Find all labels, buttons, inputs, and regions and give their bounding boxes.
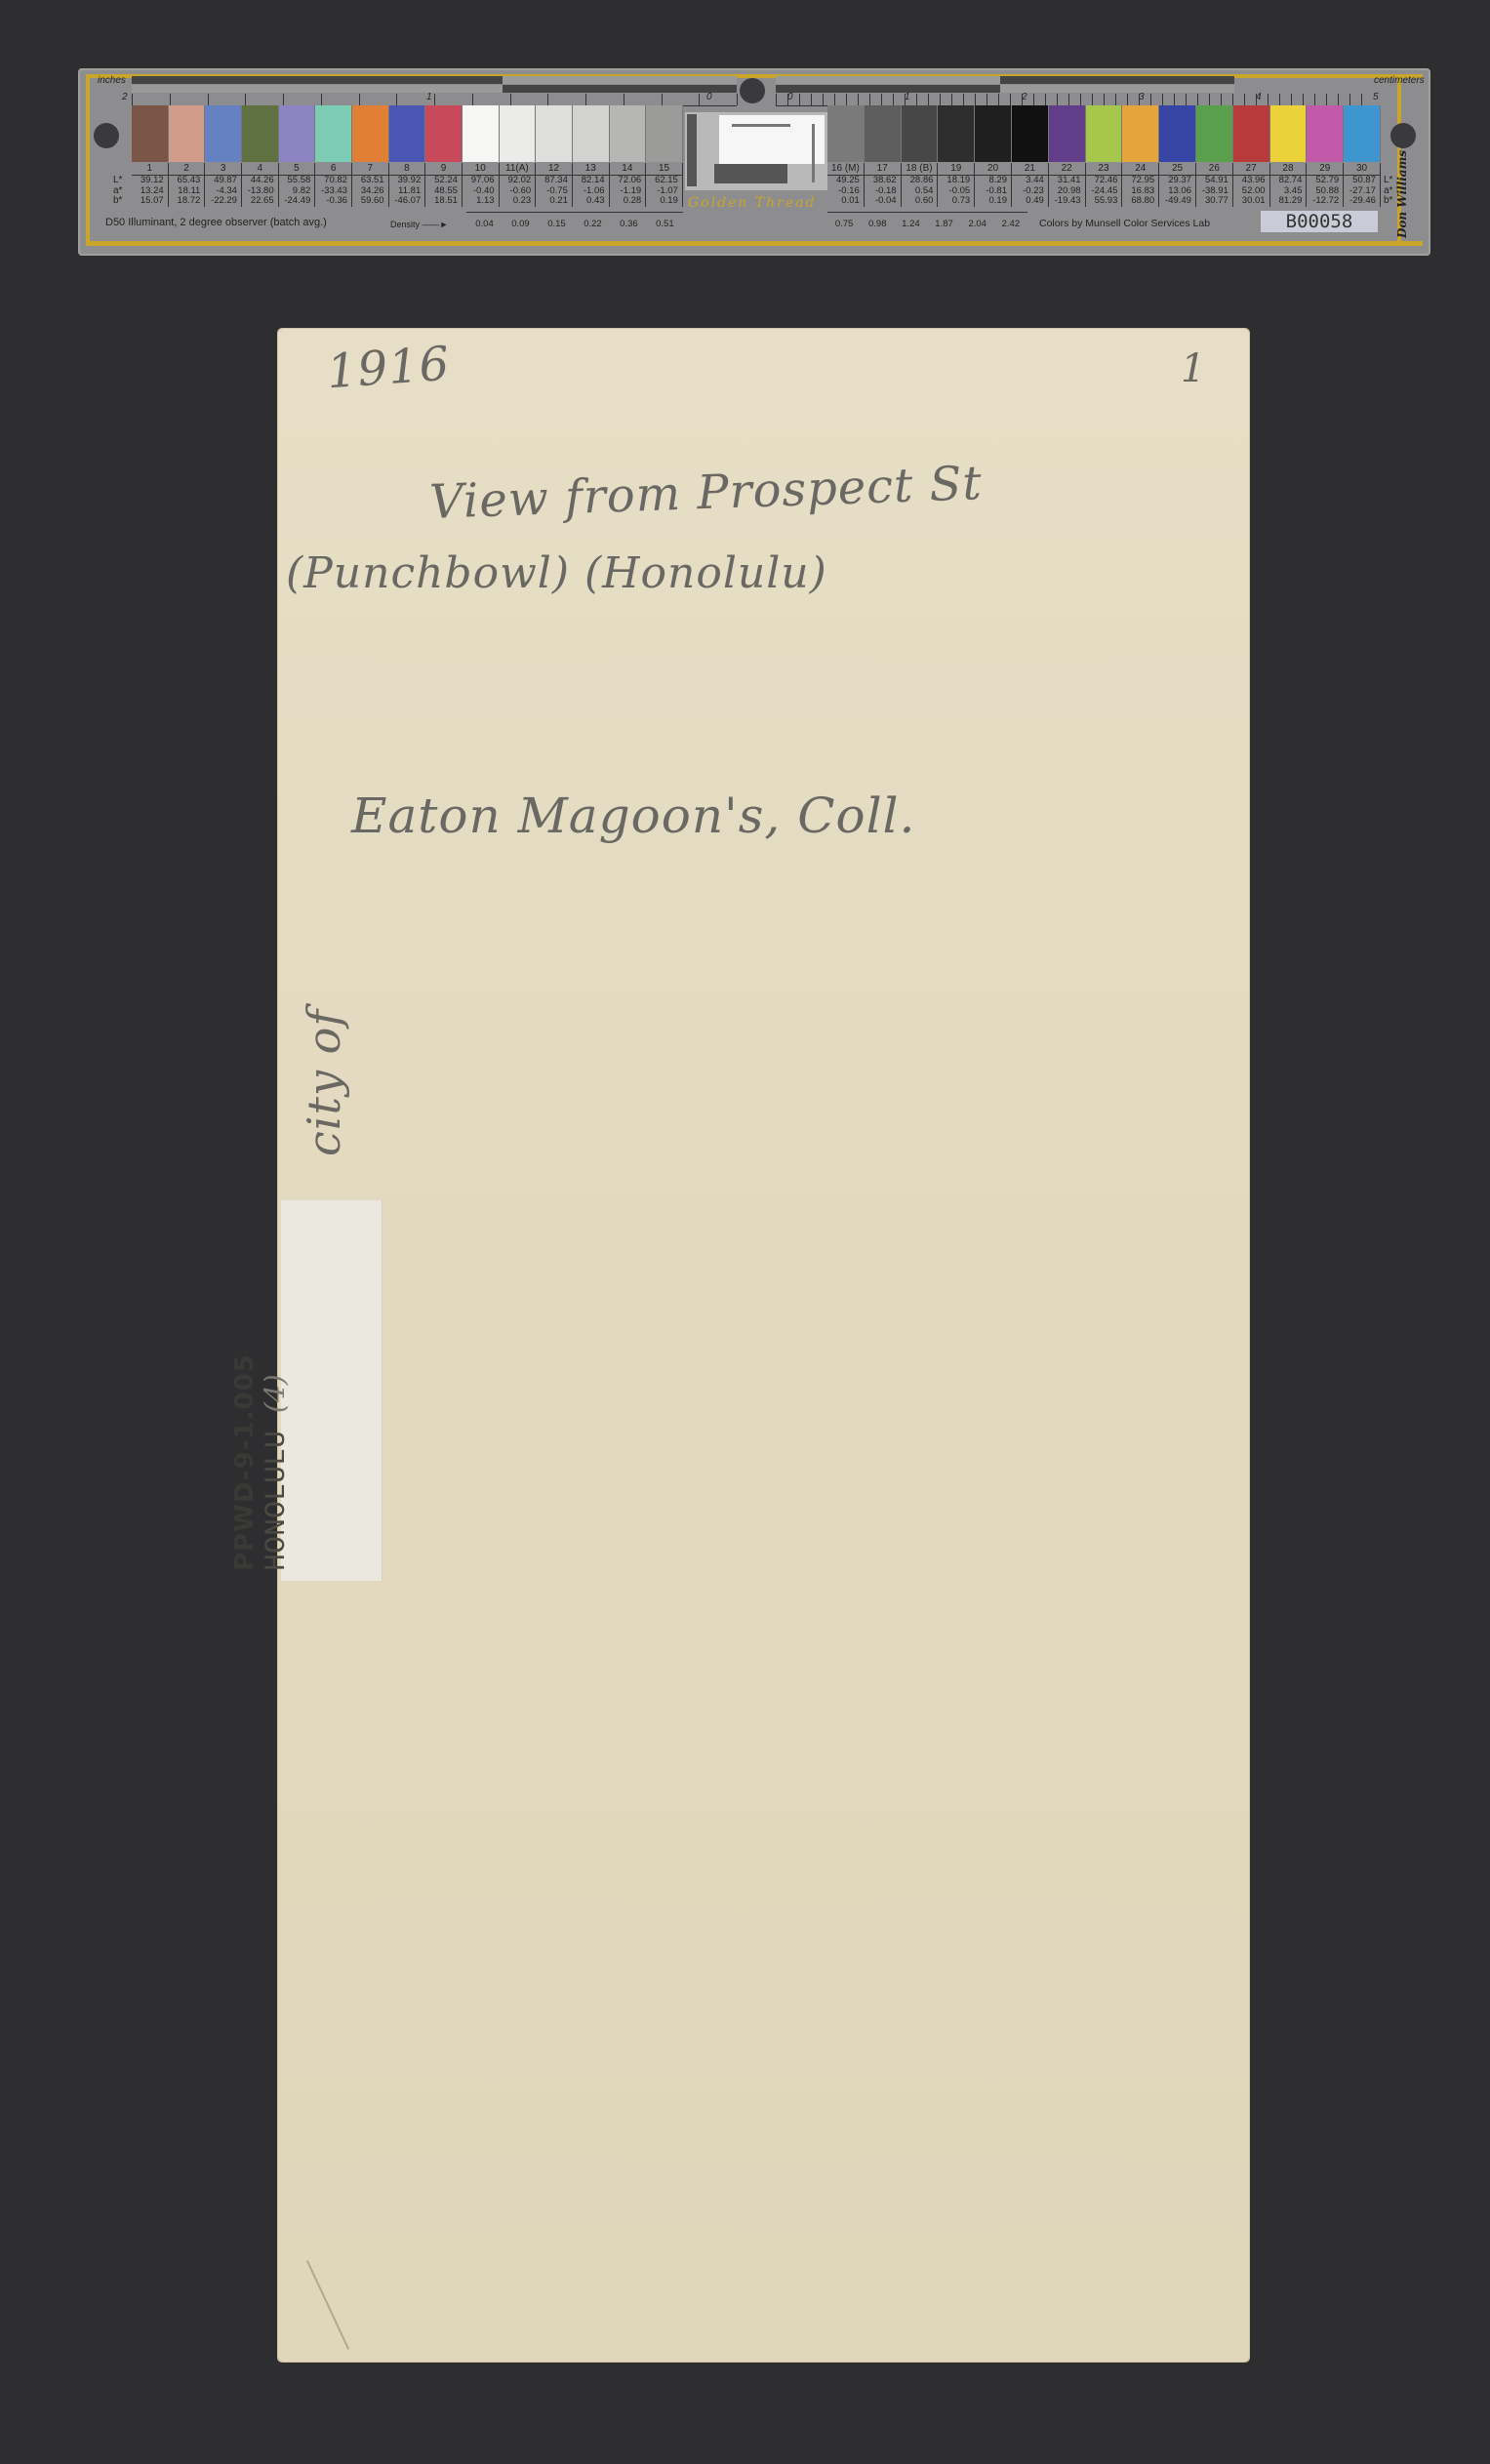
- swatch-number: 18 (B): [902, 163, 939, 175]
- golden-thread-logo: Golden Thread: [688, 195, 816, 211]
- ruler-tick: [359, 94, 360, 105]
- color-swatch-26: [1196, 105, 1233, 162]
- lab-value-b: -12.72: [1307, 196, 1344, 207]
- color-swatch-22: [1049, 105, 1086, 162]
- lab-value-b: -19.43: [1049, 196, 1086, 207]
- lab-value-L: 18.19: [938, 176, 975, 186]
- swatch-number: 19: [938, 163, 975, 175]
- swatch-number: 28: [1270, 163, 1308, 175]
- cm-ruler-band-3: [1000, 76, 1234, 84]
- lab-value-b: -0.04: [865, 196, 902, 207]
- swatch-number: 6: [315, 163, 352, 175]
- lab-value-b: 0.19: [975, 196, 1012, 207]
- ruler-tick: [987, 94, 987, 105]
- ruler-tick: [1221, 94, 1222, 105]
- lab-value-b: 0.73: [938, 196, 975, 207]
- ruler-tick: [1209, 94, 1210, 105]
- ruler-tick: [1326, 94, 1327, 105]
- ruler-tick: [776, 94, 777, 105]
- lab-header-left: L* a* b*: [113, 176, 122, 207]
- swatch-number: 10: [463, 163, 500, 175]
- ruler-tick: [1057, 94, 1058, 105]
- lab-value-L: 62.15: [646, 176, 683, 186]
- illuminant-note: D50 Illuminant, 2 degree observer (batch…: [105, 217, 327, 228]
- lab-value-L: 49.25: [827, 176, 865, 186]
- ruler-tick: [846, 94, 847, 105]
- lab-value-L: 38.62: [865, 176, 902, 186]
- accession-city: HONOLULU (4): [260, 1353, 293, 1571]
- ruler-tick: [1186, 94, 1187, 105]
- ruler-tick: [585, 94, 586, 105]
- color-swatch-1: [132, 105, 169, 162]
- ruler-tick: [1150, 94, 1151, 105]
- ruler-tick: [283, 94, 284, 105]
- density-value: 2.04: [961, 219, 994, 229]
- swatch-number: 13: [573, 163, 610, 175]
- color-swatch-14: [610, 105, 647, 162]
- resolution-target-image: [685, 112, 827, 190]
- registration-dot-right-icon: [1390, 123, 1416, 148]
- density-rule-right: [827, 212, 1027, 213]
- target-border-bottom: [86, 241, 1423, 246]
- swatch-number: 8: [389, 163, 426, 175]
- annotation-title-line2: (Punchbowl) (Honolulu): [286, 548, 827, 598]
- density-value: 0.09: [503, 219, 539, 229]
- lab-value-L: 39.92: [389, 176, 426, 186]
- lab-value-L: 3.44: [1012, 176, 1049, 186]
- density-values-right: 0.750.981.241.872.042.42: [827, 219, 1027, 229]
- color-swatch-5: [279, 105, 316, 162]
- ruler-tick: [1080, 94, 1081, 105]
- lab-value-b: -22.29: [205, 196, 242, 207]
- card-crease-mark: [306, 2260, 349, 2349]
- lab-value-L: 50.87: [1344, 176, 1381, 186]
- lab-value-L: 72.95: [1122, 176, 1159, 186]
- lab-value-L: 8.29: [975, 176, 1012, 186]
- target-id-badge: B00058: [1261, 211, 1378, 232]
- color-swatch-2: [169, 105, 206, 162]
- color-swatch-17: [865, 105, 902, 162]
- density-values-left: 0.040.090.150.220.360.51: [466, 219, 683, 229]
- ruler-tick: [245, 94, 246, 105]
- ruler-tick: [940, 94, 941, 105]
- ruler-tick: [1314, 94, 1315, 105]
- ruler-tick: [1303, 94, 1304, 105]
- lab-value-b: 0.23: [500, 196, 537, 207]
- ruler-tick: [1045, 94, 1046, 105]
- lab-value-b: 30.77: [1196, 196, 1233, 207]
- lab-value-L: 43.96: [1233, 176, 1270, 186]
- ruler-tick: [510, 94, 511, 105]
- lab-value-b: 0.01: [827, 196, 865, 207]
- ruler-tick: [699, 94, 700, 105]
- density-value: 1.24: [894, 219, 927, 229]
- ruler-tick: [472, 94, 473, 105]
- density-value: 1.87: [927, 219, 960, 229]
- lab-value-b: -24.49: [279, 196, 316, 207]
- swatch-row-left: [132, 105, 683, 162]
- ruler-tick: [1127, 94, 1128, 105]
- color-swatch-13: [573, 105, 610, 162]
- annotation-page-number: 1: [1181, 346, 1206, 391]
- cm-ruler-band-2: [776, 85, 1000, 93]
- color-swatch-12: [536, 105, 573, 162]
- annotation-title-line1: View from Prospect St: [428, 456, 983, 530]
- ruler-tick: [928, 94, 929, 105]
- lab-value-L: 72.06: [610, 176, 647, 186]
- lab-value-b: 22.65: [242, 196, 279, 207]
- lab-value-L: 82.14: [573, 176, 610, 186]
- color-swatch-23: [1086, 105, 1123, 162]
- ruler-tick: [834, 94, 835, 105]
- lab-value-b: 59.60: [352, 196, 389, 207]
- color-swatch-11a: [500, 105, 537, 162]
- color-swatch-28: [1270, 105, 1308, 162]
- swatch-number: 2: [169, 163, 206, 175]
- inch-ruler-band-light2: [132, 85, 503, 93]
- lab-value-L: 44.26: [242, 176, 279, 186]
- swatch-number: 17: [865, 163, 902, 175]
- color-swatch-8: [389, 105, 426, 162]
- ruler-tick: [1033, 94, 1034, 105]
- ruler-tick: [1244, 94, 1245, 105]
- ruler-tick: [1232, 94, 1233, 105]
- lab-value-b: -46.07: [389, 196, 426, 207]
- ruler-tick: [737, 94, 738, 105]
- ruler-tick: [1162, 94, 1163, 105]
- lab-value-b: 15.07: [132, 196, 169, 207]
- swatch-number: 9: [425, 163, 463, 175]
- cm-ruler-band-1: [776, 76, 1000, 84]
- swatch-number: 24: [1122, 163, 1159, 175]
- ruler-tick: [1279, 94, 1280, 105]
- cm-mark-5: 5: [1373, 92, 1379, 102]
- lab-value-L: 54.91: [1196, 176, 1233, 186]
- photo-card-back: 1916 1 View from Prospect St (Punchbowl)…: [278, 329, 1249, 2362]
- lab-value-b: -29.46: [1344, 196, 1381, 207]
- accession-count: (4): [259, 1374, 291, 1413]
- swatch-number: 29: [1307, 163, 1344, 175]
- lab-value-b: 81.29: [1270, 196, 1308, 207]
- lab-value-b: 0.43: [573, 196, 610, 207]
- ruler-tick: [998, 94, 999, 105]
- lab-value-b: -0.36: [315, 196, 352, 207]
- annotation-vertical-note: city of: [298, 1009, 350, 1156]
- color-swatch-19: [938, 105, 975, 162]
- ruler-tick: [905, 94, 906, 105]
- lab-value-b: 0.60: [902, 196, 939, 207]
- ruler-unit-inches: inches: [98, 75, 126, 86]
- lab-value-L: 28.86: [902, 176, 939, 186]
- ruler-tick: [1068, 94, 1069, 105]
- lab-value-L: 49.87: [205, 176, 242, 186]
- inch-ruler-band-dark2: [503, 85, 737, 93]
- color-swatch-30: [1344, 105, 1381, 162]
- color-swatch-7: [352, 105, 389, 162]
- swatch-number: 12: [536, 163, 573, 175]
- color-calibration-target: inches centimeters 2 1 0 0 1 2 3 4 5 123…: [78, 68, 1430, 256]
- ruler-tick: [396, 94, 397, 105]
- ruler-tick: [662, 94, 663, 105]
- swatch-number: 25: [1159, 163, 1196, 175]
- swatch-number: 20: [975, 163, 1012, 175]
- ruler-tick: [1268, 94, 1269, 105]
- swatch-number: 23: [1086, 163, 1123, 175]
- inch-mark-2: 2: [122, 92, 128, 102]
- lab-value-L: 31.41: [1049, 176, 1086, 186]
- ruler-tick: [1174, 94, 1175, 105]
- annotation-year: 1916: [325, 337, 452, 400]
- density-value: 0.36: [611, 219, 647, 229]
- lab-value-b: 0.28: [610, 196, 647, 207]
- color-swatch-18b: [902, 105, 939, 162]
- ruler-tick: [858, 94, 859, 105]
- ruler-tick: [321, 94, 322, 105]
- color-swatch-6: [315, 105, 352, 162]
- ruler-tick: [975, 94, 976, 105]
- density-value: 2.42: [994, 219, 1027, 229]
- color-swatch-9: [425, 105, 463, 162]
- ruler-tick: [547, 94, 548, 105]
- color-swatch-16m: [827, 105, 865, 162]
- swatch-number: 30: [1344, 163, 1381, 175]
- lab-value-b: 68.80: [1122, 196, 1159, 207]
- lab-value-L: 70.82: [315, 176, 352, 186]
- lab-value-b: 18.72: [169, 196, 206, 207]
- ruler-tick: [823, 94, 824, 105]
- inch-ruler-band-light: [503, 76, 737, 84]
- signature-don-williams: Don Williams: [1395, 150, 1409, 238]
- swatch-number: 7: [352, 163, 389, 175]
- cm-ruler-band-4: [1000, 85, 1234, 93]
- ruler-tick: [1256, 94, 1257, 105]
- color-swatch-25: [1159, 105, 1196, 162]
- ruler-tick: [208, 94, 209, 105]
- registration-dot-center-icon: [740, 78, 765, 103]
- lab-value-b: 0.21: [536, 196, 573, 207]
- swatch-number: 15: [646, 163, 683, 175]
- ruler-tick: [1022, 94, 1023, 105]
- munsell-credit: Colors by Munsell Color Services Lab: [1039, 218, 1210, 229]
- swatch-number: 5: [279, 163, 316, 175]
- color-swatch-4: [242, 105, 279, 162]
- ruler-tick: [811, 94, 812, 105]
- ruler-tick: [869, 94, 870, 105]
- ruler-tick: [1092, 94, 1093, 105]
- ruler-tick: [963, 94, 964, 105]
- density-value: 0.04: [466, 219, 503, 229]
- swatch-number: 26: [1196, 163, 1233, 175]
- ruler-tick: [1139, 94, 1140, 105]
- density-value: 0.22: [575, 219, 611, 229]
- ruler-tick: [916, 94, 917, 105]
- color-swatch-20: [975, 105, 1012, 162]
- lab-value-b: 18.51: [425, 196, 463, 207]
- lab-value-L: 63.51: [352, 176, 389, 186]
- lab-value-L: 52.79: [1307, 176, 1344, 186]
- color-swatch-3: [205, 105, 242, 162]
- lab-value-L: 97.06: [463, 176, 500, 186]
- lab-value-b: 0.19: [646, 196, 683, 207]
- lab-value-L: 65.43: [169, 176, 206, 186]
- density-value: 0.51: [647, 219, 683, 229]
- ruler-tick: [1291, 94, 1292, 105]
- accession-label-text: PPWD-9-1.005 HONOLULU (4): [230, 1353, 293, 1571]
- lab-value-L: 52.24: [425, 176, 463, 186]
- density-value: 0.75: [827, 219, 861, 229]
- ruler-tick: [1361, 94, 1362, 105]
- color-swatch-21: [1012, 105, 1049, 162]
- ruler-tick: [170, 94, 171, 105]
- ruler-unit-centimeters: centimeters: [1374, 75, 1425, 86]
- lab-value-L: 29.37: [1159, 176, 1196, 186]
- color-swatch-29: [1307, 105, 1344, 162]
- density-label: Density ——►: [390, 220, 448, 229]
- inch-ruler-band-dark: [132, 76, 503, 84]
- lab-header-right: L* a* b*: [1384, 176, 1392, 207]
- target-border-left: [86, 74, 90, 246]
- swatch-number: 22: [1049, 163, 1086, 175]
- ruler-tick: [799, 94, 800, 105]
- ruler-tick: [1115, 94, 1116, 105]
- ruler-tick: [1338, 94, 1339, 105]
- swatch-number: 27: [1233, 163, 1270, 175]
- lab-value-L: 92.02: [500, 176, 537, 186]
- density-rule-left: [466, 212, 683, 213]
- ruler-tick: [1104, 94, 1105, 105]
- lab-value-b: 55.93: [1086, 196, 1123, 207]
- lab-values-right: 49.2538.6228.8618.198.293.4431.4172.4672…: [827, 176, 1381, 207]
- color-swatch-24: [1122, 105, 1159, 162]
- lab-value-L: 55.58: [279, 176, 316, 186]
- ruler-tick: [893, 94, 894, 105]
- accession-label: PPWD-9-1.005 HONOLULU (4): [281, 1200, 382, 1581]
- swatch-number: 11(A): [500, 163, 537, 175]
- ruler-tick: [1197, 94, 1198, 105]
- accession-number: PPWD-9-1.005: [230, 1353, 260, 1571]
- ruler-tick: [1010, 94, 1011, 105]
- ruler-tick: [132, 94, 133, 105]
- lab-value-L: 87.34: [536, 176, 573, 186]
- registration-dot-left-icon: [94, 123, 119, 148]
- ruler-tick: [881, 94, 882, 105]
- swatch-number: 14: [610, 163, 647, 175]
- ruler-tick: [434, 94, 435, 105]
- lab-value-b: -49.49: [1159, 196, 1196, 207]
- color-swatch-27: [1233, 105, 1270, 162]
- density-value: 0.98: [861, 219, 894, 229]
- swatch-number: 1: [132, 163, 169, 175]
- density-arrow-icon: ——►: [423, 220, 449, 229]
- lab-value-b: 30.01: [1233, 196, 1270, 207]
- swatch-number: 4: [242, 163, 279, 175]
- swatch-number: 3: [205, 163, 242, 175]
- lab-value-b: 1.13: [463, 196, 500, 207]
- lab-value-L: 39.12: [132, 176, 169, 186]
- color-swatch-10: [463, 105, 500, 162]
- swatch-number: 16 (M): [827, 163, 865, 175]
- ruler-tick: [624, 94, 624, 105]
- ruler-tick: [787, 94, 788, 105]
- swatch-number: 21: [1012, 163, 1049, 175]
- lab-value-b: 0.49: [1012, 196, 1049, 207]
- ruler-tick: [951, 94, 952, 105]
- lab-value-L: 72.46: [1086, 176, 1123, 186]
- lab-values-left: 39.1265.4349.8744.2655.5870.8263.5139.92…: [132, 176, 683, 207]
- color-swatch-15: [646, 105, 683, 162]
- ruler-tick: [1349, 94, 1350, 105]
- swatch-row-right: [827, 105, 1381, 162]
- density-value: 0.15: [539, 219, 575, 229]
- lab-value-L: 82.74: [1270, 176, 1308, 186]
- annotation-collection: Eaton Magoon's, Coll.: [351, 788, 915, 844]
